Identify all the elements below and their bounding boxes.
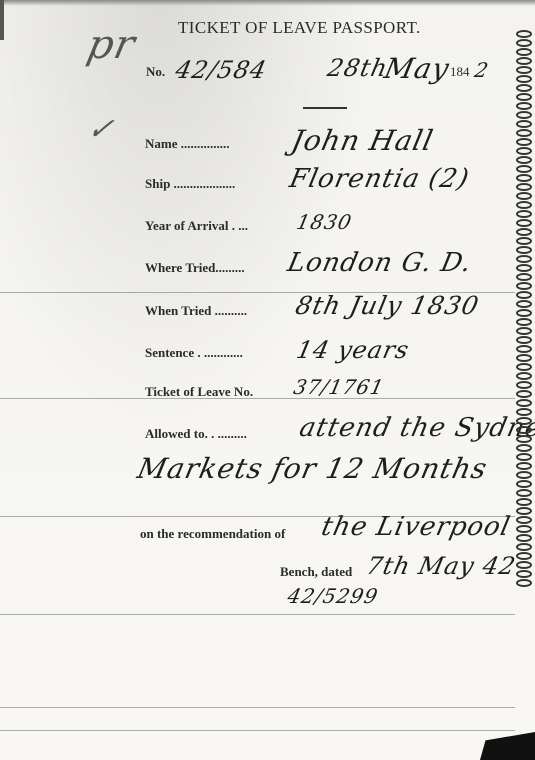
field-label-ticket-of-leave-no: Ticket of Leave No. [145, 384, 253, 400]
scan-dark-corner [480, 732, 535, 760]
margin-initials: pr [83, 22, 140, 68]
spiral-binding [513, 30, 535, 605]
field-value-allowed-to: attend the Sydney [297, 413, 535, 443]
field-label-ship: Ship ................... [145, 176, 235, 192]
field-label-name: Name ............... [145, 136, 230, 152]
ruled-line [0, 730, 515, 731]
recommendation-label: on the recommendation of [140, 526, 285, 542]
allowed-to-continuation: Markets for 12 Months [134, 452, 490, 485]
ruled-line [0, 707, 515, 708]
field-label-year-of-arrival: Year of Arrival . ... [145, 218, 248, 234]
date-year-printed: 184 [450, 64, 470, 80]
scan-top-edge [0, 0, 535, 6]
bench-date: 7th May 42 [364, 552, 519, 580]
field-label-sentence: Sentence . ............ [145, 345, 243, 361]
field-value-year-of-arrival: 1830 [294, 210, 354, 234]
margin-tick-icon: ✓ [84, 112, 118, 147]
ruled-line [0, 398, 515, 399]
divider-bar [303, 107, 347, 109]
scan-left-edge [0, 0, 4, 40]
field-label-when-tried: When Tried .......... [145, 303, 247, 319]
ruled-line [0, 614, 515, 615]
field-label-where-tried: Where Tried......... [145, 260, 245, 276]
ticket-of-leave-document: pr ✓ TICKET OF LEAVE PASSPORT. No. 42/58… [0, 0, 535, 760]
number-value: 42/584 [173, 56, 269, 84]
date-month: May [381, 52, 452, 85]
field-value-name: John Hall [288, 124, 436, 157]
bench-reference: 42/5299 [285, 584, 380, 608]
field-label-allowed-to: Allowed to. . ......... [145, 426, 247, 442]
recommendation-value: the Liverpool [319, 512, 514, 542]
field-value-where-tried: London G. D. [285, 248, 475, 278]
field-value-sentence: 14 years [294, 336, 412, 364]
document-title: TICKET OF LEAVE PASSPORT. [178, 18, 421, 38]
number-label: No. [146, 64, 165, 80]
date-day: 28th [325, 54, 391, 82]
field-value-ship: Florentia (2) [287, 164, 472, 194]
date-year-handwritten: 2 [472, 58, 491, 82]
bench-label: Bench, dated [280, 564, 352, 580]
field-value-ticket-of-leave-no: 37/1761 [291, 375, 386, 399]
field-value-when-tried: 8th July 1830 [293, 291, 482, 320]
